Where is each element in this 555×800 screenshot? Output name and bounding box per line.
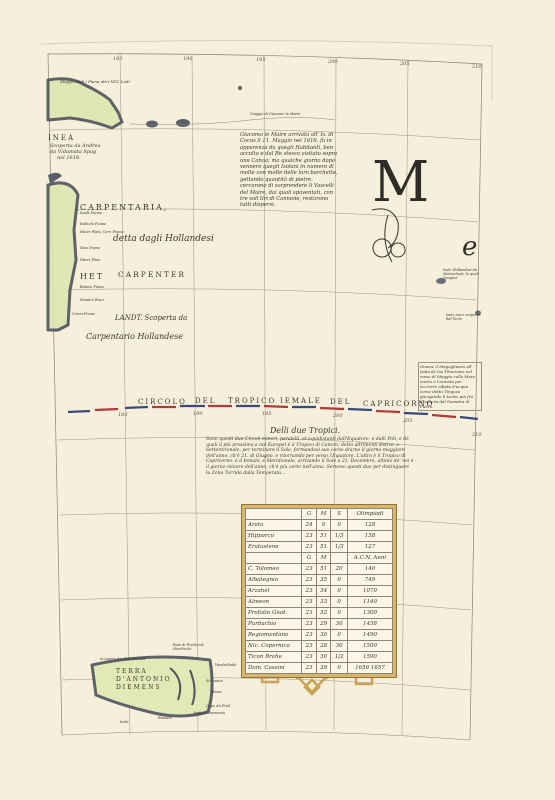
carpentaria-sub: detta dagli Hollandesi [113,234,214,244]
table-header: G M A.C.N. Anni [246,553,393,564]
table-row: Albategnio23350749 [246,575,393,586]
island-note: Isole anco scoperte dal Teclo [446,313,486,321]
table-row: Eratostene23511/3127 [246,542,393,553]
tasmania-label: TERRA D'ANTONIO DIEMENS [116,668,176,692]
tasmania-place: Isole di Tasmania [194,711,225,715]
tasmania-place: Capo du Frail [206,704,230,708]
tropic-label-word: DEL [330,398,351,406]
coast-name: Batave Fiume [80,285,105,289]
tropic-tick: 200 [333,413,343,419]
coast-name: Water Plats, Corn Fiume [80,230,124,234]
magellan-note: Giunse il Magaglianes all' Isola de los … [418,362,482,411]
island-note: Isole Hollandesi da Mariachaut, le quali… [443,268,483,280]
table-row: Arzahel233401070 [246,586,393,597]
tasmania-place: Maria [211,690,222,694]
table-row: Nic. Copernico2328301500 [246,641,393,652]
longitude-tick: 205 [400,61,410,67]
coast-name: Water Plats [80,258,100,262]
landt-sub: Carpentario Hollandese [86,332,183,341]
coast-name: Stoo Fiume [80,246,100,250]
tropic-tick: 183 [118,412,128,418]
longitude-tick: 183 [113,56,123,62]
tasmania-place: Isola [120,720,129,724]
coast-name: Spult Fiume [80,211,102,215]
tropici-title: Delli due Tropici. [270,426,340,435]
coast-name: Caron Fiume [72,312,95,316]
longitude-tick: 210 [472,64,482,70]
table-row: Regiomontano233001490 [246,630,393,641]
tropic-tick: 195 [262,411,272,417]
landt-label: LANDT. Scoperta da [115,314,187,322]
table-row: C. Tolomeo235120140 [246,564,393,575]
longitude-tick: 195 [256,57,266,63]
het-label: HET [80,272,104,281]
obliquity-table: G M S Olimpiadi Arato2400128 Hipparco235… [242,505,396,677]
table-row: Profatio Giud.233201300 [246,608,393,619]
table-header: G M S Olimpiadi [246,509,393,520]
table-row: Hipparco23511/3158 [246,531,393,542]
tropic-label-word: CIRCOLO [138,398,187,406]
guinea-top-label: Moggi landi i Piana altri XXV. Lodi [60,79,130,84]
gore-letter-m: M [372,150,429,215]
tasmania-place: Schouten [206,679,223,683]
table-row: Purbachio2329301458 [246,619,393,630]
coast-name: Ratholo Fiume [80,222,106,226]
table-row: Arato2400128 [246,520,393,531]
table-row: Ticon Brahe23301/21590 [246,652,393,663]
tasmania-place: Baia di Frederick Hendricks [173,643,213,651]
coast-name: Staaten River [80,298,104,302]
gore-letter-e: e [462,232,477,262]
voyage-label: Viaggio di Giacomo le Maire [250,112,300,116]
tasmania-note: Scoperta da Abel Tasman [100,657,145,661]
tropic-tick: 190 [193,411,203,417]
tropic-label-word: DEL [195,397,216,405]
guinea-label: INEA [48,134,75,142]
tropici-text: Sono questi due Circoli minori, paralell… [206,437,414,476]
table-row: Dom. Cassini232901656 1657 [246,663,393,674]
tasmania-place: Vanderlinde [215,663,236,667]
tasmania-place: Basaale [158,716,172,720]
carpenter-label: CARPENTER [118,270,186,279]
tropic-tick: 210 [472,432,482,438]
tropic-tick: 205 [403,418,413,424]
tropic-label-word: IEMALE [280,397,322,405]
tropic-label-word: TROPICO [228,397,276,405]
guinea-sub: nel 1618. [57,155,81,161]
longitude-tick: 190 [183,56,193,62]
longitude-tick: 200 [328,59,338,65]
lemaire-note: Giacomo le Maire arrivato all' Is. di Co… [240,132,340,209]
table-row: Almeon233301140 [246,597,393,608]
